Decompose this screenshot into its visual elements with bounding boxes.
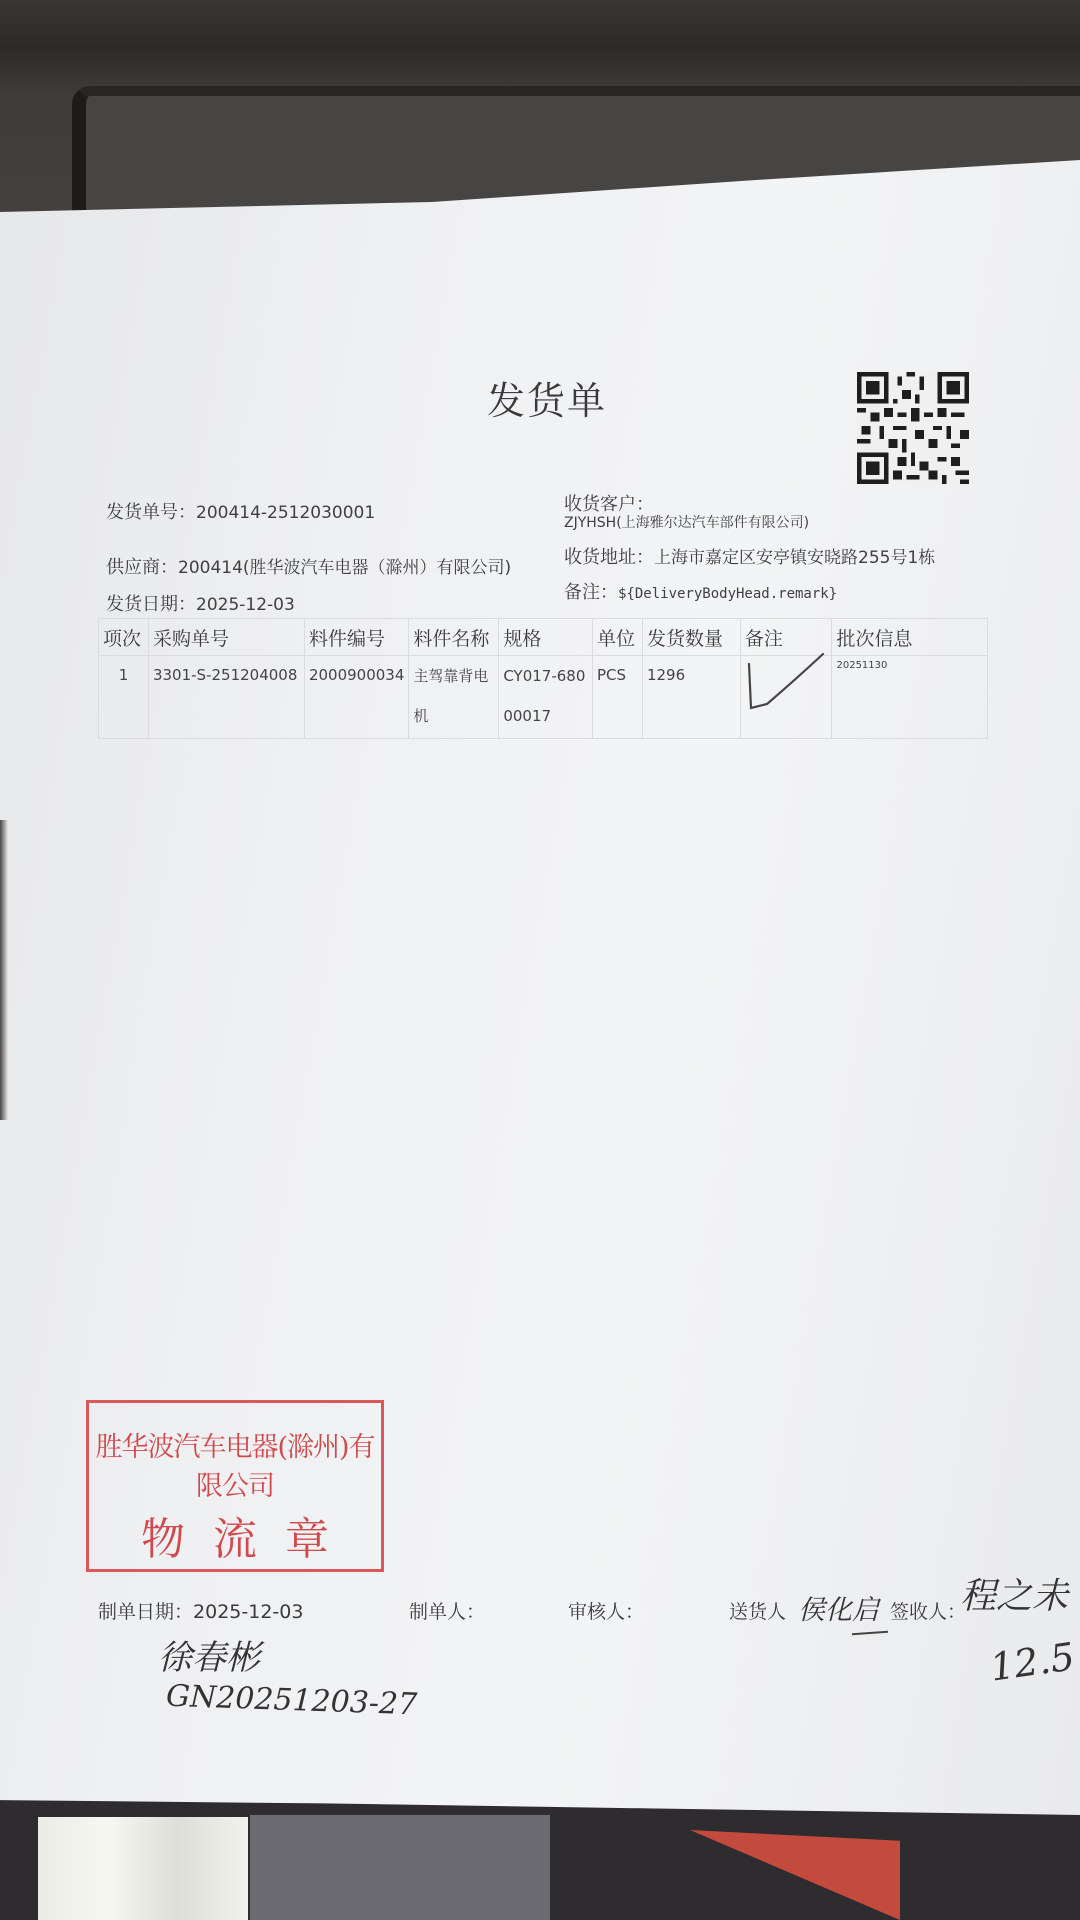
logistics-stamp: 胜华波汽车电器(滁州)有限公司 物流章 <box>86 1400 384 1572</box>
receiver-signature: 程之未 <box>960 1568 1068 1619</box>
stamp-company-name: 胜华波汽车电器(滁州)有限公司 <box>89 1425 381 1503</box>
address-value: 上海市嘉定区安亭镇安晓路255号1栋 <box>654 548 935 568</box>
footer-date-value: 2025-12-03 <box>193 1601 303 1623</box>
delivery-number-label: 发货单号： <box>106 502 196 523</box>
remark-label: 备注： <box>564 582 618 603</box>
supplier-value: 200414(胜华波汽车电器（滁州）有限公司) <box>178 558 511 578</box>
handwritten-name: 徐春彬 <box>158 1630 260 1679</box>
cell-part-name: 主驾靠背电机 <box>409 656 499 739</box>
footer-date-label: 制单日期： <box>98 1601 193 1623</box>
header-po-number: 采购单号 <box>148 619 304 656</box>
header-item: 项次 <box>99 619 149 656</box>
receiver-label: 签收人： <box>890 1597 966 1624</box>
cell-po-number: 3301-S-251204008 <box>148 656 304 739</box>
supplier-field: 供应商：200414(胜华波汽车电器（滁州）有限公司) <box>106 553 511 579</box>
header-batch: 批次信息 <box>832 619 988 656</box>
cell-item: 1 <box>99 656 149 739</box>
maker-label: 制单人： <box>409 1597 485 1624</box>
stamp-type: 物流章 <box>89 1503 381 1567</box>
background-tissue <box>38 1817 248 1920</box>
deliverer-signature: 侯化启 <box>798 1588 879 1627</box>
items-table: 项次 采购单号 料件编号 料件名称 规格 单位 发货数量 备注 批次信息 1 3… <box>98 618 988 739</box>
delivery-date-field: 发货日期：2025-12-03 <box>106 590 295 616</box>
footer-date-field: 制单日期：2025-12-03 <box>98 1597 303 1624</box>
customer-value: ZJYHSH(上海雅尔达汽车部件有限公司) <box>564 512 809 532</box>
qr-code-icon <box>856 372 970 484</box>
handwritten-check-mark-icon <box>745 650 825 712</box>
cell-spec: CY017-68000017 <box>499 656 593 739</box>
deliverer-label: 送货人 <box>729 1597 786 1624</box>
header-unit: 单位 <box>592 619 642 656</box>
delivery-date-value: 2025-12-03 <box>196 595 295 615</box>
header-quantity: 发货数量 <box>642 619 740 656</box>
reviewer-label: 审核人： <box>568 1597 644 1624</box>
header-spec: 规格 <box>499 619 593 656</box>
supplier-label: 供应商： <box>106 557 178 578</box>
header-part-number: 料件编号 <box>304 619 408 656</box>
delivery-date-label: 发货日期： <box>106 594 196 615</box>
header-part-name: 料件名称 <box>409 619 499 656</box>
delivery-number-field: 发货单号：200414-2512030001 <box>106 498 375 524</box>
remark-field: 备注：${DeliveryBodyHead.remark} <box>564 578 837 604</box>
address-label: 收货地址： <box>564 547 654 568</box>
delivery-number-value: 200414-2512030001 <box>196 503 375 523</box>
cell-batch: 20251130 <box>832 656 988 739</box>
table-row: 1 3301-S-251204008 2000900034 主驾靠背电机 CY0… <box>99 656 988 739</box>
background-object <box>250 1815 550 1920</box>
address-field: 收货地址：上海市嘉定区安亭镇安晓路255号1栋 <box>564 543 935 569</box>
cell-unit: PCS <box>592 656 642 739</box>
cell-quantity: 1296 <box>642 656 740 739</box>
table-header-row: 项次 采购单号 料件编号 料件名称 规格 单位 发货数量 备注 批次信息 <box>99 619 988 656</box>
cell-part-number: 2000900034 <box>304 656 408 739</box>
paper-edge-shadow <box>0 820 8 1120</box>
document-title: 发货单 <box>487 370 607 425</box>
remark-value: ${DeliveryBodyHead.remark} <box>618 586 837 602</box>
